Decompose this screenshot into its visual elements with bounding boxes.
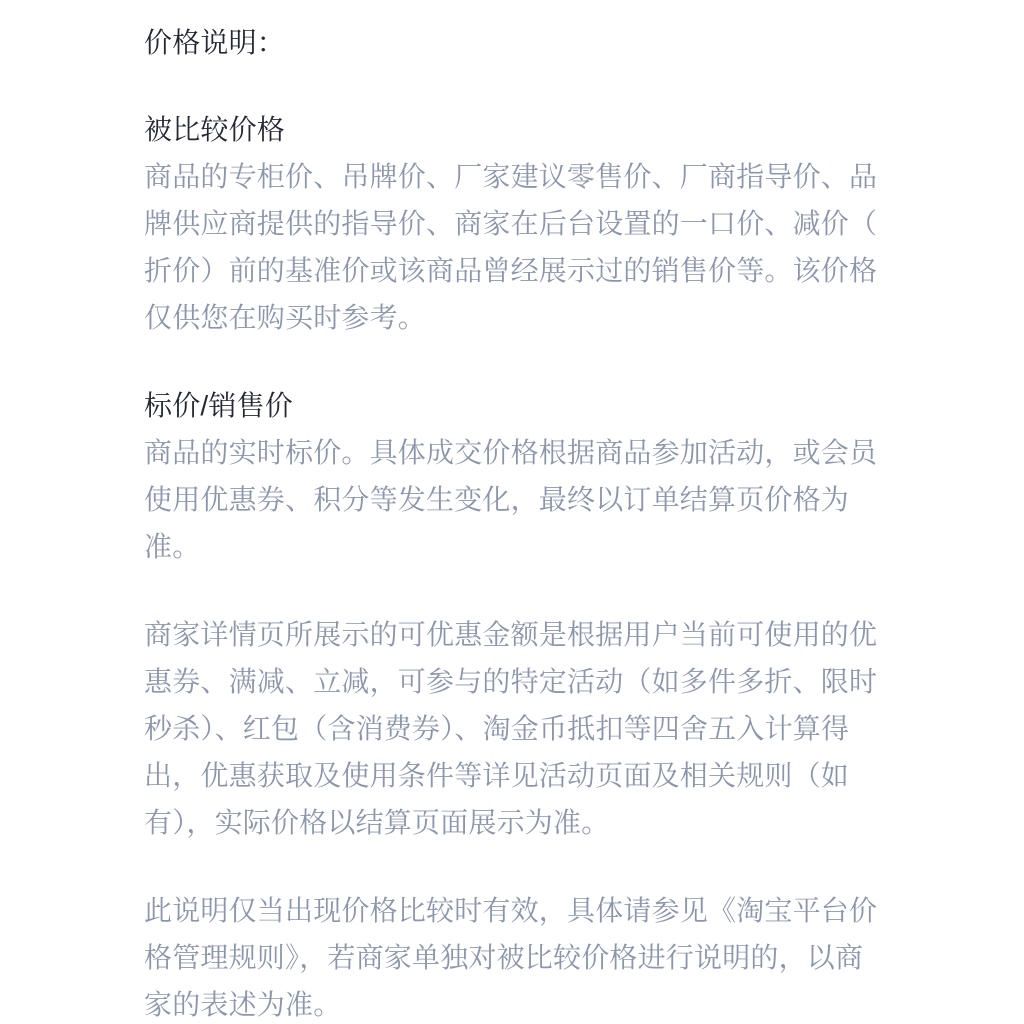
section-body-list-price: 商品的实时标价。具体成交价格根据商品参加活动，或会员 使用优惠券、积分等发生变化… (144, 429, 880, 570)
section-compared-price: 被比较价格 商品的专柜价、吊牌价、厂家建议零售价、厂商指导价、品 牌供应商提供的… (144, 106, 880, 341)
section-body-compared-price: 商品的专柜价、吊牌价、厂家建议零售价、厂商指导价、品 牌供应商提供的指导价、商家… (144, 153, 880, 341)
section-heading-list-price: 标价/销售价 (144, 382, 880, 429)
section-validity-note: 此说明仅当出现价格比较时有效，具体请参见《淘宝平台价 格管理规则》，若商家单独对… (144, 887, 880, 1024)
section-discount-amount: 商家详情页所展示的可优惠金额是根据用户当前可使用的优 惠券、满减、立减，可参与的… (144, 611, 880, 846)
page-title: 价格说明： (144, 19, 880, 66)
section-list-price: 标价/销售价 商品的实时标价。具体成交价格根据商品参加活动，或会员 使用优惠券、… (144, 382, 880, 570)
section-body-discount-amount: 商家详情页所展示的可优惠金额是根据用户当前可使用的优 惠券、满减、立减，可参与的… (144, 611, 880, 846)
section-heading-compared-price: 被比较价格 (144, 106, 880, 153)
section-body-validity-note: 此说明仅当出现价格比较时有效，具体请参见《淘宝平台价 格管理规则》，若商家单独对… (144, 887, 880, 1024)
price-explanation-document: 价格说明： 被比较价格 商品的专柜价、吊牌价、厂家建议零售价、厂商指导价、品 牌… (0, 0, 1024, 1024)
